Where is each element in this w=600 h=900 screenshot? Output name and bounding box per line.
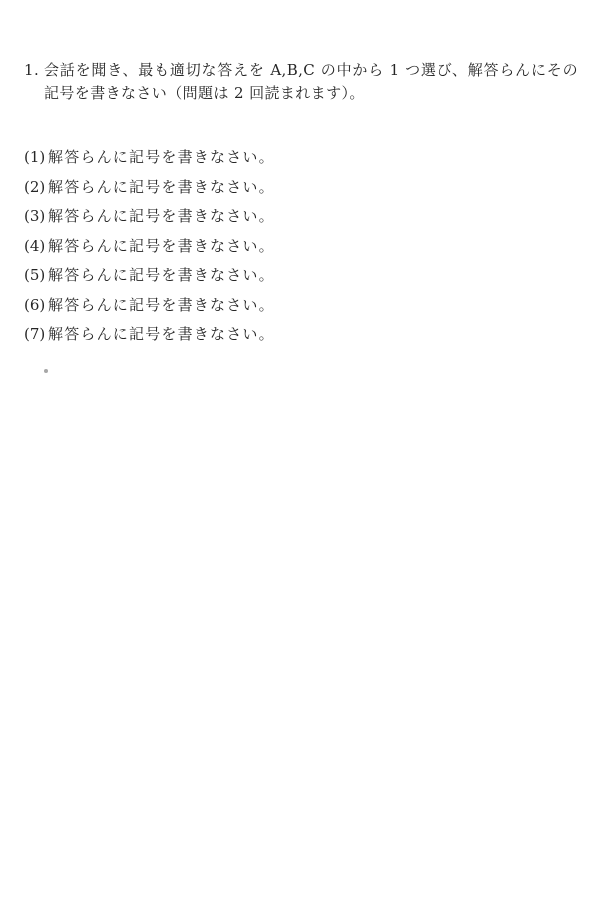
item-text: 解答らんに記号を書きなさい。 [48,235,275,256]
item-number: (3) [24,207,48,225]
item-number: (6) [24,296,48,314]
question-text: 会話を聞き、最も適切な答えを A,B,C の中から 1 つ選び、解答らんにその記… [44,59,578,105]
item-number: (1) [24,148,48,166]
question-number: 1. [24,59,44,105]
exam-document-page: 1. 会話を聞き、最も適切な答えを A,B,C の中から 1 つ選び、解答らんに… [0,0,600,900]
question-1: 1. 会話を聞き、最も適切な答えを A,B,C の中から 1 つ選び、解答らんに… [24,59,578,105]
scan-artifact-speck [44,369,48,373]
item-number: (2) [24,178,48,196]
list-item: (2) 解答らんに記号を書きなさい。 [24,176,275,206]
item-number: (4) [24,237,48,255]
list-item: (4) 解答らんに記号を書きなさい。 [24,235,275,265]
list-item: (5) 解答らんに記号を書きなさい。 [24,264,275,294]
item-text: 解答らんに記号を書きなさい。 [48,176,275,197]
item-text: 解答らんに記号を書きなさい。 [48,323,275,344]
list-item: (6) 解答らんに記号を書きなさい。 [24,294,275,324]
item-text: 解答らんに記号を書きなさい。 [48,294,275,315]
item-text: 解答らんに記号を書きなさい。 [48,264,275,285]
item-text: 解答らんに記号を書きなさい。 [48,205,275,226]
list-item: (1) 解答らんに記号を書きなさい。 [24,146,275,176]
item-number: (5) [24,266,48,284]
list-item: (3) 解答らんに記号を書きなさい。 [24,205,275,235]
sub-item-list: (1) 解答らんに記号を書きなさい。 (2) 解答らんに記号を書きなさい。 (3… [24,146,275,353]
item-text: 解答らんに記号を書きなさい。 [48,146,275,167]
item-number: (7) [24,325,48,343]
list-item: (7) 解答らんに記号を書きなさい。 [24,323,275,353]
